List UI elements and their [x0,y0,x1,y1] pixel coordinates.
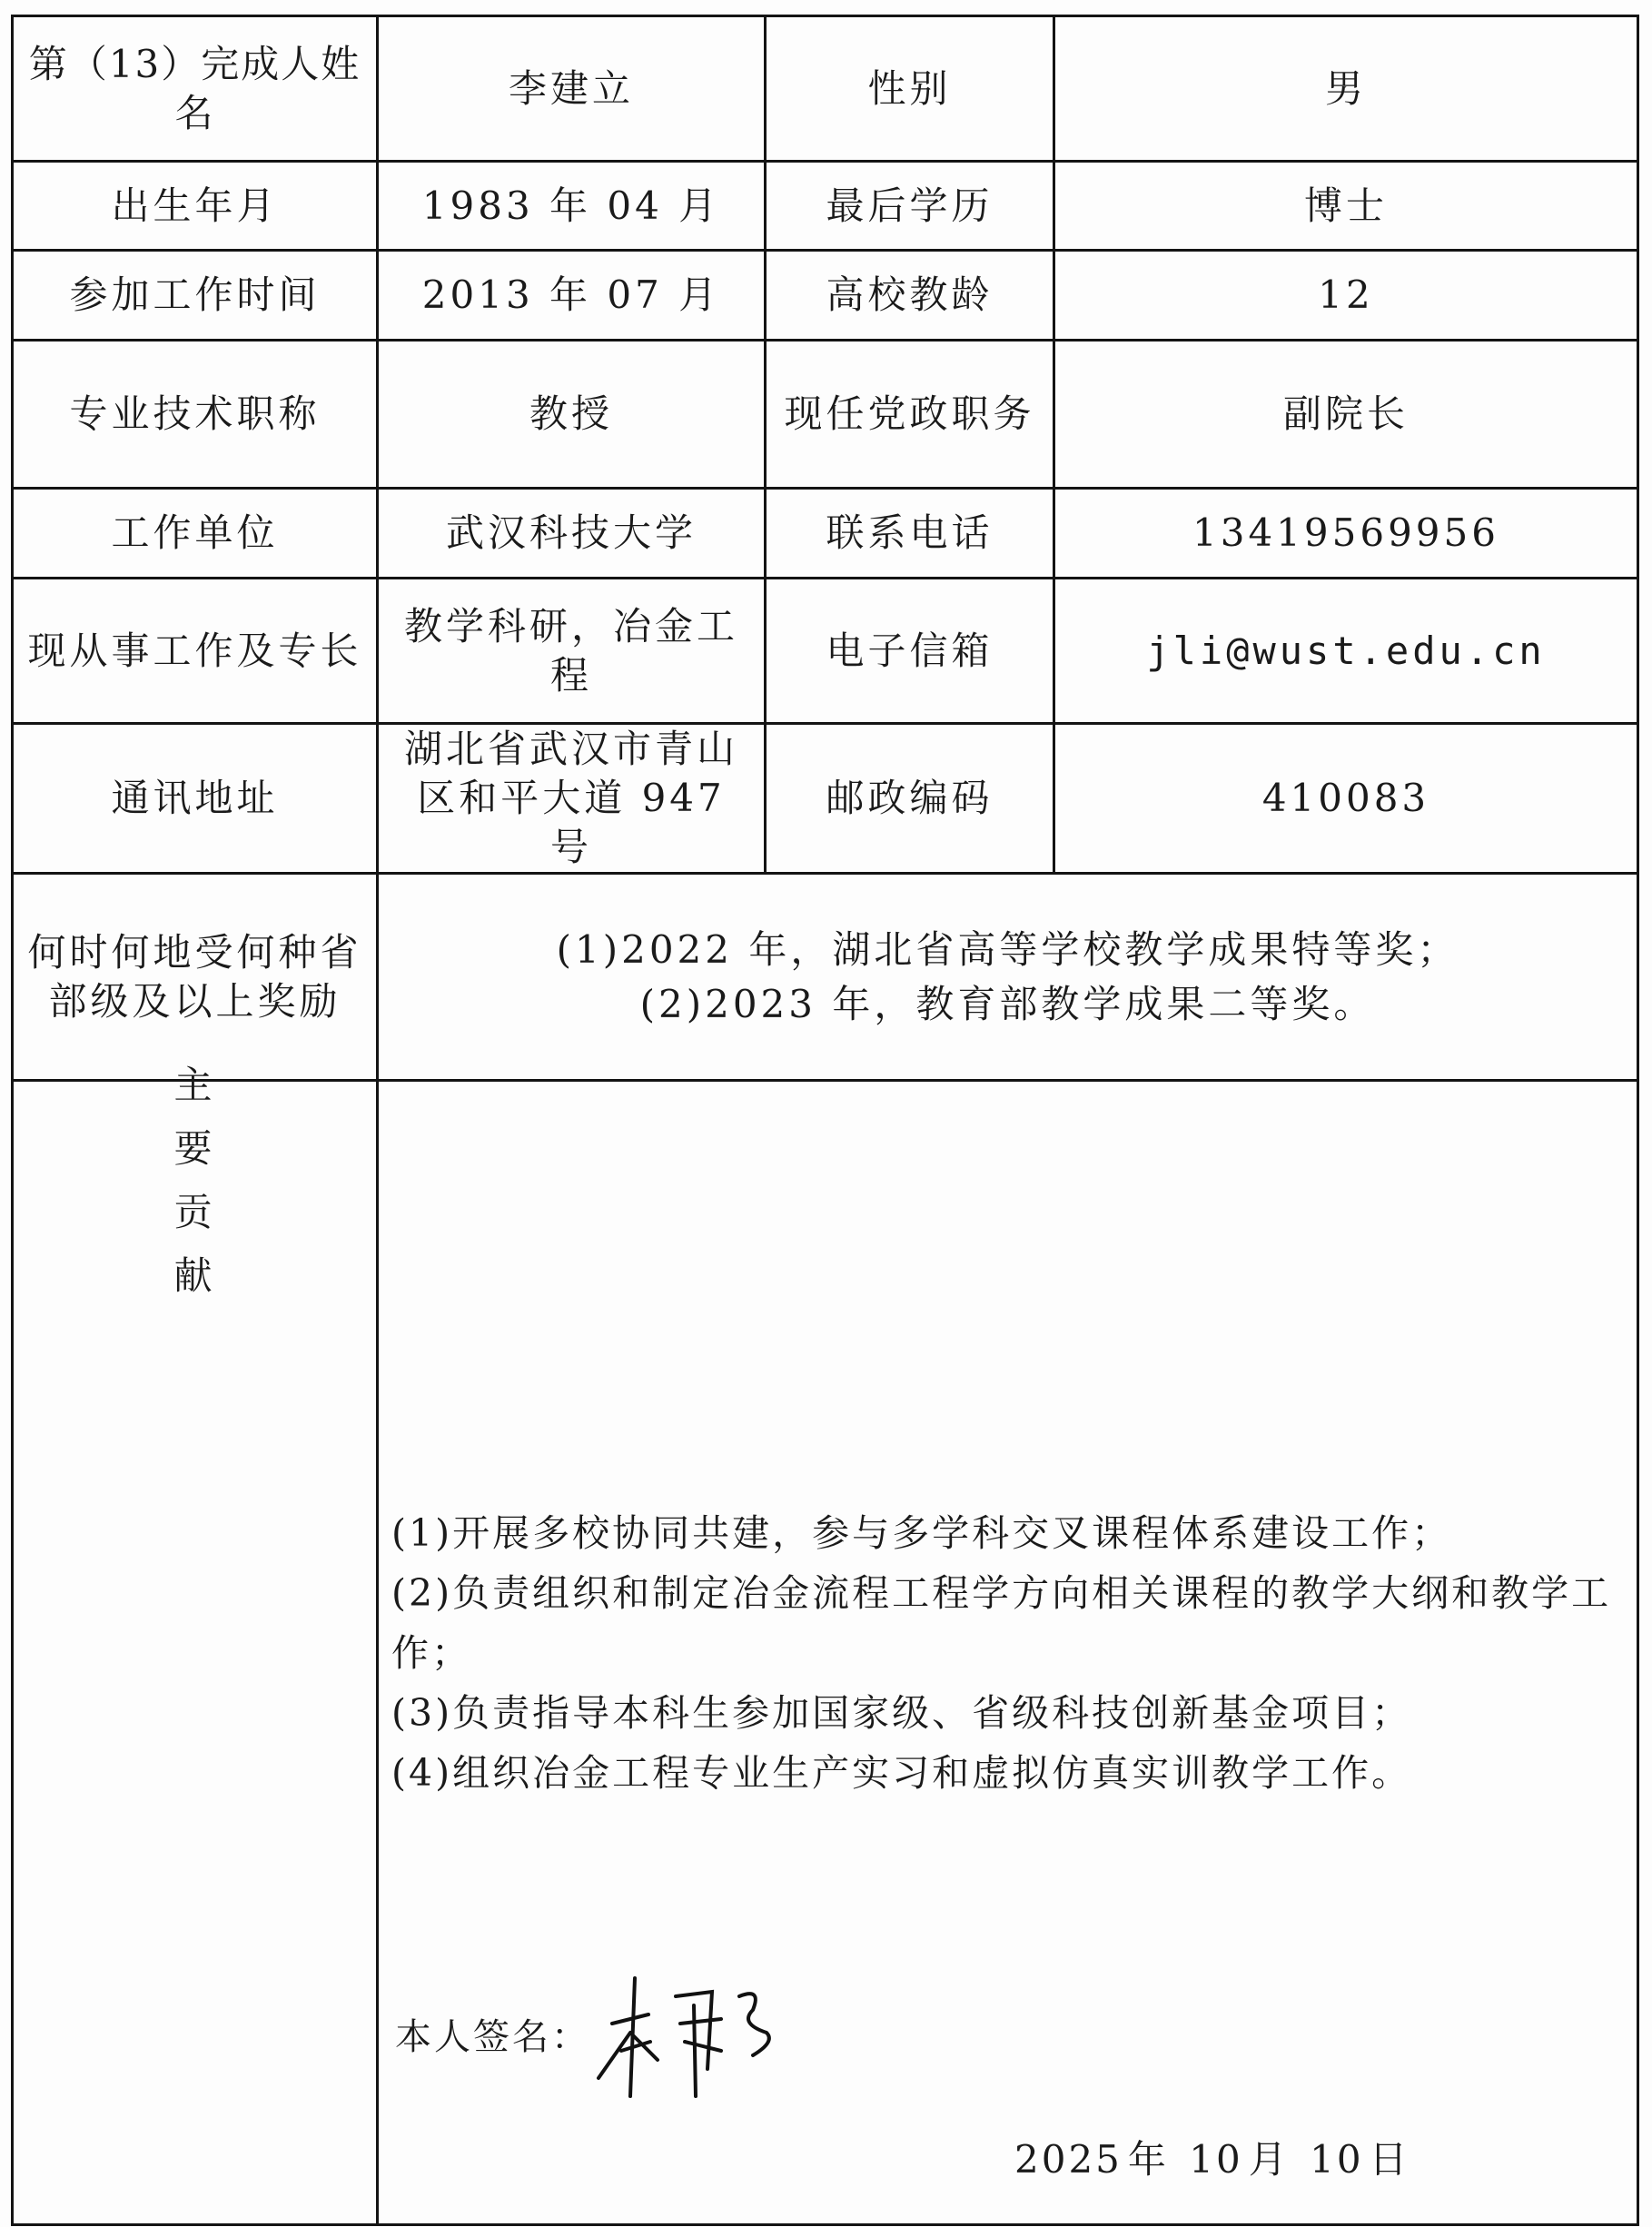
date-day: 10 [1310,2137,1363,2182]
contribution-item: (3)负责指导本科生参加国家级、省级科技创新基金项目； [391,1683,1624,1743]
value-teaching-years: 12 [1054,251,1638,341]
awards-list: (1)2022 年，湖北省高等学校教学成果特等奖； (2)2023 年，教育部教… [378,874,1638,1081]
award-item: (2)2023 年，教育部教学成果二等奖。 [391,977,1624,1032]
label-awards: 何时何地受何种省部级及以上奖励 [13,874,378,1081]
label-work-start: 参加工作时间 [13,251,378,341]
signature-label: 本人签名： [395,2010,590,2064]
row-contributions: 主 要 贡 献 (1)开展多校协同共建，参与多学科交叉课程体系建设工作； (2)… [13,1081,1638,2225]
contribution-item: (2)负责组织和制定冶金流程工程学方向相关课程的教学大纲和教学工作； [391,1563,1624,1683]
signature-date: 2025年 10月 10日 [1014,2133,1416,2187]
label-party-position: 现任党政职务 [766,341,1054,489]
date-month: 10 [1189,2137,1242,2182]
award-item: (1)2022 年，湖北省高等学校教学成果特等奖； [391,923,1624,977]
row-birth: 出生年月 1983 年 04 月 最后学历 博士 [13,162,1638,251]
label-education: 最后学历 [766,162,1054,251]
value-education: 博士 [1054,162,1638,251]
value-birth: 1983 年 04 月 [378,162,766,251]
handwritten-signature-icon [594,1969,803,2105]
value-email: jli@wust.edu.cn [1054,579,1638,724]
label-postcode: 邮政编码 [766,724,1054,874]
label-address: 通讯地址 [13,724,378,874]
value-employer: 武汉科技大学 [378,489,766,579]
value-gender: 男 [1054,16,1638,162]
label-contributions: 主 要 贡 献 [13,1081,378,2225]
value-address: 湖北省武汉市青山区和平大道 947 号 [378,724,766,874]
row-title: 专业技术职称 教授 现任党政职务 副院长 [13,341,1638,489]
signature-block: 本人签名： [395,1969,803,2105]
row-address: 通讯地址 湖北省武汉市青山区和平大道 947 号 邮政编码 410083 [13,724,1638,874]
contributions-list: (1)开展多校协同共建，参与多学科交叉课程体系建设工作； (2)负责组织和制定冶… [391,1503,1624,1803]
document-page: 第（13）完成人姓名 李建立 性别 男 出生年月 1983 年 04 月 最后学… [0,0,1652,2227]
row-specialty: 现从事工作及专长 教学科研，冶金工程 电子信箱 jli@wust.edu.cn [13,579,1638,724]
row-awards: 何时何地受何种省部级及以上奖励 (1)2022 年，湖北省高等学校教学成果特等奖… [13,874,1638,1081]
label-email: 电子信箱 [766,579,1054,724]
value-work-start: 2013 年 07 月 [378,251,766,341]
value-specialty: 教学科研，冶金工程 [378,579,766,724]
date-year: 2025 [1014,2137,1123,2182]
value-postcode: 410083 [1054,724,1638,874]
label-employer: 工作单位 [13,489,378,579]
row-employer: 工作单位 武汉科技大学 联系电话 13419569956 [13,489,1638,579]
row-work-start: 参加工作时间 2013 年 07 月 高校教龄 12 [13,251,1638,341]
label-gender: 性别 [766,16,1054,162]
value-party-position: 副院长 [1054,341,1638,489]
contributions-cell: (1)开展多校协同共建，参与多学科交叉课程体系建设工作； (2)负责组织和制定冶… [378,1081,1638,2225]
contribution-item: (1)开展多校协同共建，参与多学科交叉课程体系建设工作； [391,1503,1624,1563]
value-professional-title: 教授 [378,341,766,489]
label-teaching-years: 高校教龄 [766,251,1054,341]
label-professional-title: 专业技术职称 [13,341,378,489]
label-phone: 联系电话 [766,489,1054,579]
label-specialty: 现从事工作及专长 [13,579,378,724]
row-name: 第（13）完成人姓名 李建立 性别 男 [13,16,1638,162]
value-phone: 13419569956 [1054,489,1638,579]
contribution-item: (4)组织冶金工程专业生产实习和虚拟仿真实训教学工作。 [391,1743,1624,1803]
value-name: 李建立 [378,16,766,162]
label-name: 第（13）完成人姓名 [13,16,378,162]
completer-info-form: 第（13）完成人姓名 李建立 性别 男 出生年月 1983 年 04 月 最后学… [11,15,1639,2226]
label-birth: 出生年月 [13,162,378,251]
